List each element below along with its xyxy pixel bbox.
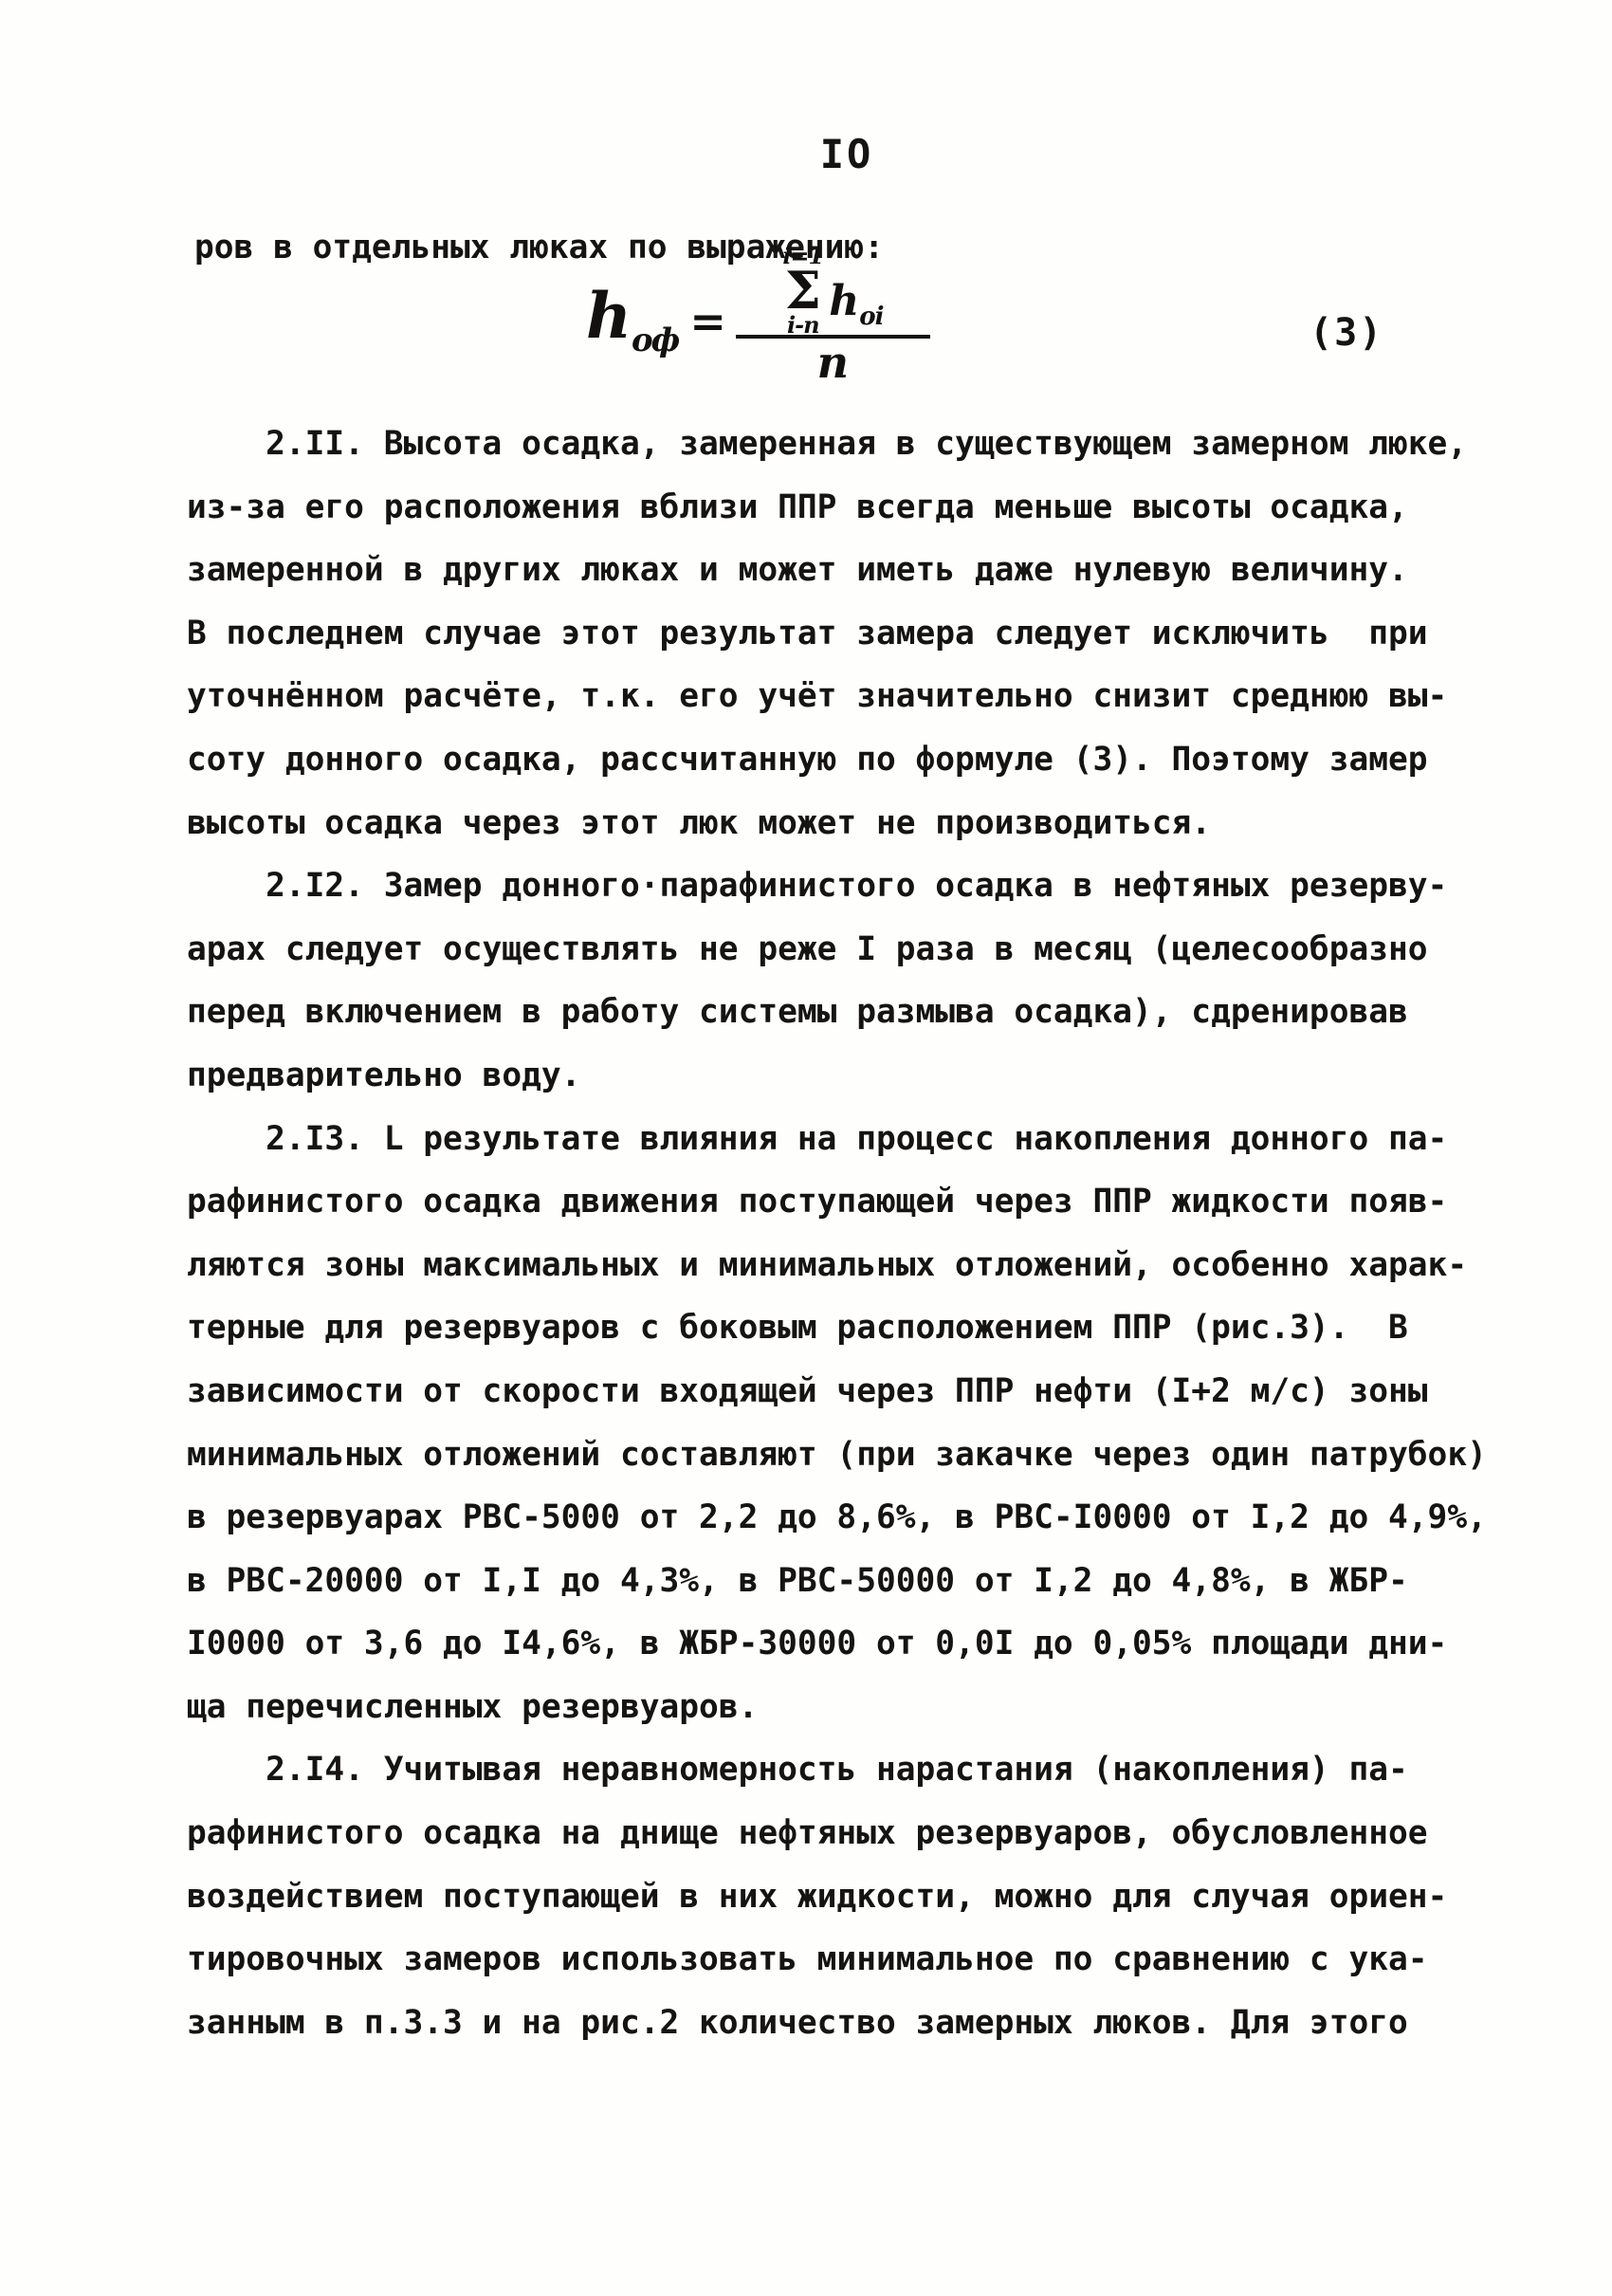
fraction-denominator: n — [817, 339, 849, 387]
text-line: в РВС-20000 от I,I до 4,3%, в РВС-50000 … — [187, 1550, 1571, 1613]
text-line: I0000 от 3,6 до I4,6%, в ЖБР-30000 от 0,… — [187, 1612, 1571, 1676]
summand-subscript: оi — [859, 303, 883, 331]
formula-lhs-subscript: оф — [632, 321, 678, 359]
text-line: рафинистого осадка движения поступающей … — [187, 1170, 1571, 1234]
fraction: i=1 Σ i-n hоi n — [736, 245, 930, 386]
fraction-numerator: i=1 Σ i-n hоi — [782, 245, 883, 337]
equals-sign: = — [689, 300, 726, 343]
text-line: замеренной в других люках и может иметь … — [187, 539, 1571, 602]
formula-average-sediment-height: hоф = i=1 Σ i-n hоi n — [586, 245, 930, 386]
sum-lower-limit: i-n — [787, 314, 819, 337]
summand: hоi — [829, 281, 883, 329]
text-line: высоты осадка через этот люк может не пр… — [187, 792, 1571, 855]
formula-lhs-base: h — [586, 279, 632, 353]
equation-number: (3) — [1310, 311, 1383, 355]
text-line: воздействием поступающей в них жидкости,… — [187, 1865, 1571, 1929]
text-line: из-за его расположения вблизи ППР всегда… — [187, 476, 1571, 540]
text-line: 2.I3. L результате влияния на процесс на… — [187, 1108, 1571, 1171]
body-text: 2.II. Высота осадка, замеренная в сущест… — [187, 413, 1571, 2054]
text-line: ща перечисленных резервуаров. — [187, 1676, 1571, 1739]
text-line: 2.II. Высота осадка, замеренная в сущест… — [187, 413, 1571, 476]
text-line: арах следует осуществлять не реже I раза… — [187, 918, 1571, 982]
text-line: 2.I2. Замер донного·парафинистого осадка… — [187, 854, 1571, 918]
text-line: тировочных замеров использовать минималь… — [187, 1928, 1571, 1992]
text-line: соту донного осадка, рассчитанную по фор… — [187, 728, 1571, 792]
page-number: IO — [41, 131, 1612, 177]
text-line: уточнённом расчёте, т.к. его учёт значит… — [187, 665, 1571, 728]
text-line: В последнем случае этот результат замера… — [187, 602, 1571, 666]
summand-base: h — [829, 277, 859, 325]
text-line: зависимости от скорости входящей через П… — [187, 1360, 1571, 1424]
text-line: терные для резервуаров с боковым располо… — [187, 1296, 1571, 1360]
text-line: минимальных отложений составляют (при за… — [187, 1424, 1571, 1487]
text-line: ляются зоны максимальных и минимальных о… — [187, 1234, 1571, 1297]
text-line: в резервуарах РВС-5000 от 2,2 до 8,6%, в… — [187, 1486, 1571, 1550]
text-line: рафинистого осадка на днище нефтяных рез… — [187, 1802, 1571, 1865]
sigma-icon: Σ — [785, 267, 821, 314]
document-page: IO ров в отдельных люках по выражению: h… — [0, 0, 1612, 2296]
text-line: предварительно воду. — [187, 1044, 1571, 1108]
formula-lhs: hоф — [586, 285, 678, 357]
text-line: перед включением в работу системы размыв… — [187, 981, 1571, 1044]
text-line: занным в п.3.3 и на рис.2 количество зам… — [187, 1992, 1571, 2055]
text-line: 2.I4. Учитывая неравномерность нарастани… — [187, 1738, 1571, 1802]
summation: i=1 Σ i-n — [782, 245, 823, 337]
